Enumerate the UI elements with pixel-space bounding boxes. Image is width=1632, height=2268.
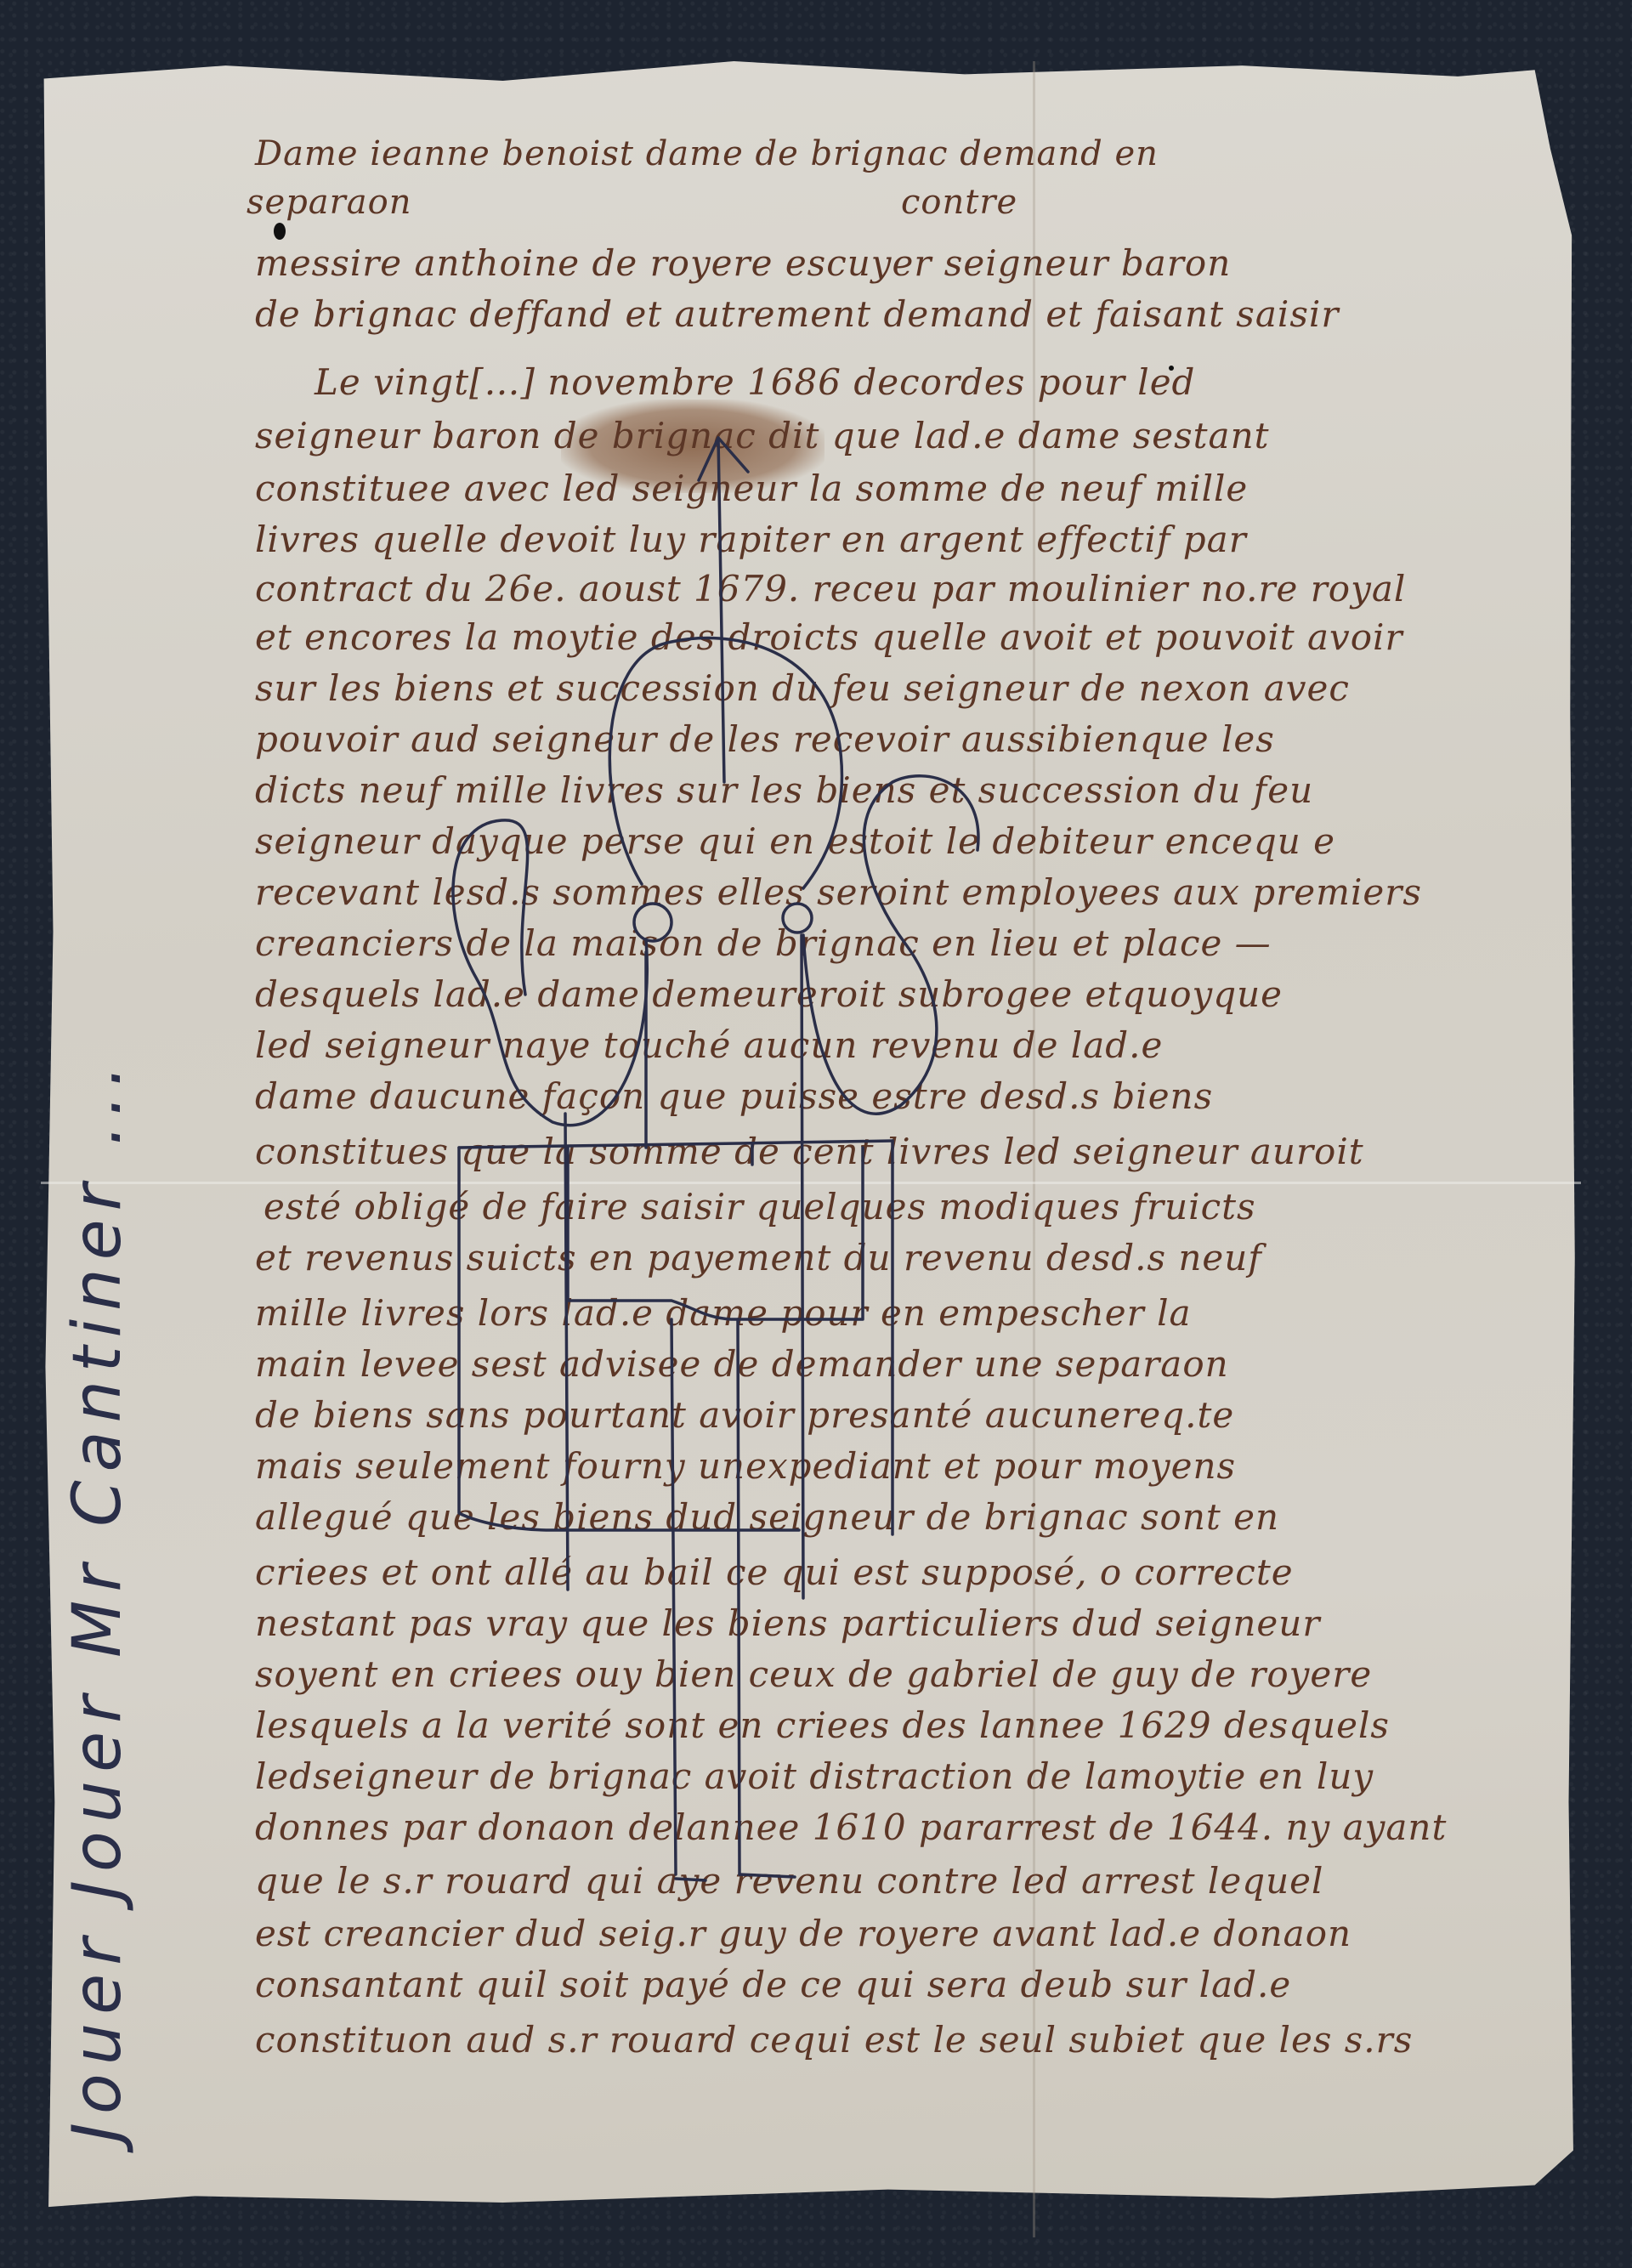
body-line: seigneur baron de brignac dit que lad.e … (255, 415, 1270, 456)
body-line: nestant pas vray que les biens particuli… (255, 1602, 1320, 1644)
body-line: messire anthoine de royere escuyer seign… (255, 242, 1231, 284)
body-line: consantant quil soit payé de ce qui sera… (255, 1964, 1291, 2005)
header-line-1: Dame ieanne benoist dame de brignac dema… (255, 134, 1159, 173)
body-line: desquels lad.e dame demeureroit subrogee… (255, 973, 1283, 1015)
body-line: donnes par donaon delannee 1610 pararres… (255, 1806, 1447, 1848)
body-line: recevant lesd.s sommes elles seroint emp… (255, 871, 1422, 913)
body-line: Le vingt[…] novembre 1686 decordes pour … (314, 361, 1195, 403)
body-line: led seigneur naye touché aucun revenu de… (255, 1024, 1163, 1066)
header-line-2-center: contre (901, 183, 1017, 222)
body-line: de biens sans pourtant avoir presanté au… (255, 1394, 1234, 1436)
body-line: sur les biens et succession du feu seign… (255, 667, 1350, 709)
body-line: lesquels a la verité sont en criees des … (255, 1704, 1390, 1746)
body-line: main levee sest advisee de demander une … (255, 1343, 1229, 1385)
body-line: pouvoir aud seigneur de les recevoir aus… (255, 718, 1275, 760)
body-line: constitues que la somme de cent livres l… (255, 1131, 1364, 1172)
body-line: est creancier dud seig.r guy de royere a… (255, 1913, 1351, 1954)
body-line: soyent en criees ouy bien ceux de gabrie… (255, 1653, 1372, 1695)
body-line: criees et ont allé au bail ce qui est su… (255, 1551, 1294, 1593)
body-line: constituon aud s.r rouard cequi est le s… (255, 2019, 1413, 2061)
header-line-2-left: separaon (246, 183, 411, 222)
body-line: esté obligé de faire saisir quelques mod… (263, 1186, 1256, 1228)
body-line: ledseigneur de brignac avoit distraction… (255, 1755, 1374, 1797)
body-line: dame daucune façon que puisse estre desd… (255, 1075, 1213, 1117)
body-line: et encores la moytie des droicts quelle … (255, 616, 1403, 658)
body-line: que le s.r rouard qui aye revenu contre … (255, 1860, 1323, 1902)
body-line: et revenus suicts en payement du revenu … (255, 1237, 1262, 1279)
margin-annotation: Jouer Jouer Mr Cantiner ... (59, 1057, 136, 2142)
body-line: mais seulement fourny unexpediant et pou… (255, 1445, 1236, 1487)
body-line: contract du 26e. aoust 1679. receu par m… (255, 568, 1406, 610)
body-line: dicts neuf mille livres sur les biens et… (255, 769, 1313, 811)
body-line: creanciers de la maison de brignac en li… (255, 922, 1272, 964)
horizontal-fold-crease (41, 1182, 1581, 1184)
body-line: constituee avec led seigneur la somme de… (255, 468, 1248, 509)
body-line: seigneur dayque perse qui en estoit le d… (255, 820, 1335, 862)
body-line: mille livres lors lad.e dame pour en emp… (255, 1292, 1192, 1334)
body-line: livres quelle devoit luy rapiter en arge… (255, 519, 1247, 560)
body-line: allegué que les biens dud seigneur de br… (255, 1496, 1279, 1538)
paper-hole (274, 223, 286, 240)
body-line: de brignac deffand et autrement demand e… (255, 293, 1339, 335)
